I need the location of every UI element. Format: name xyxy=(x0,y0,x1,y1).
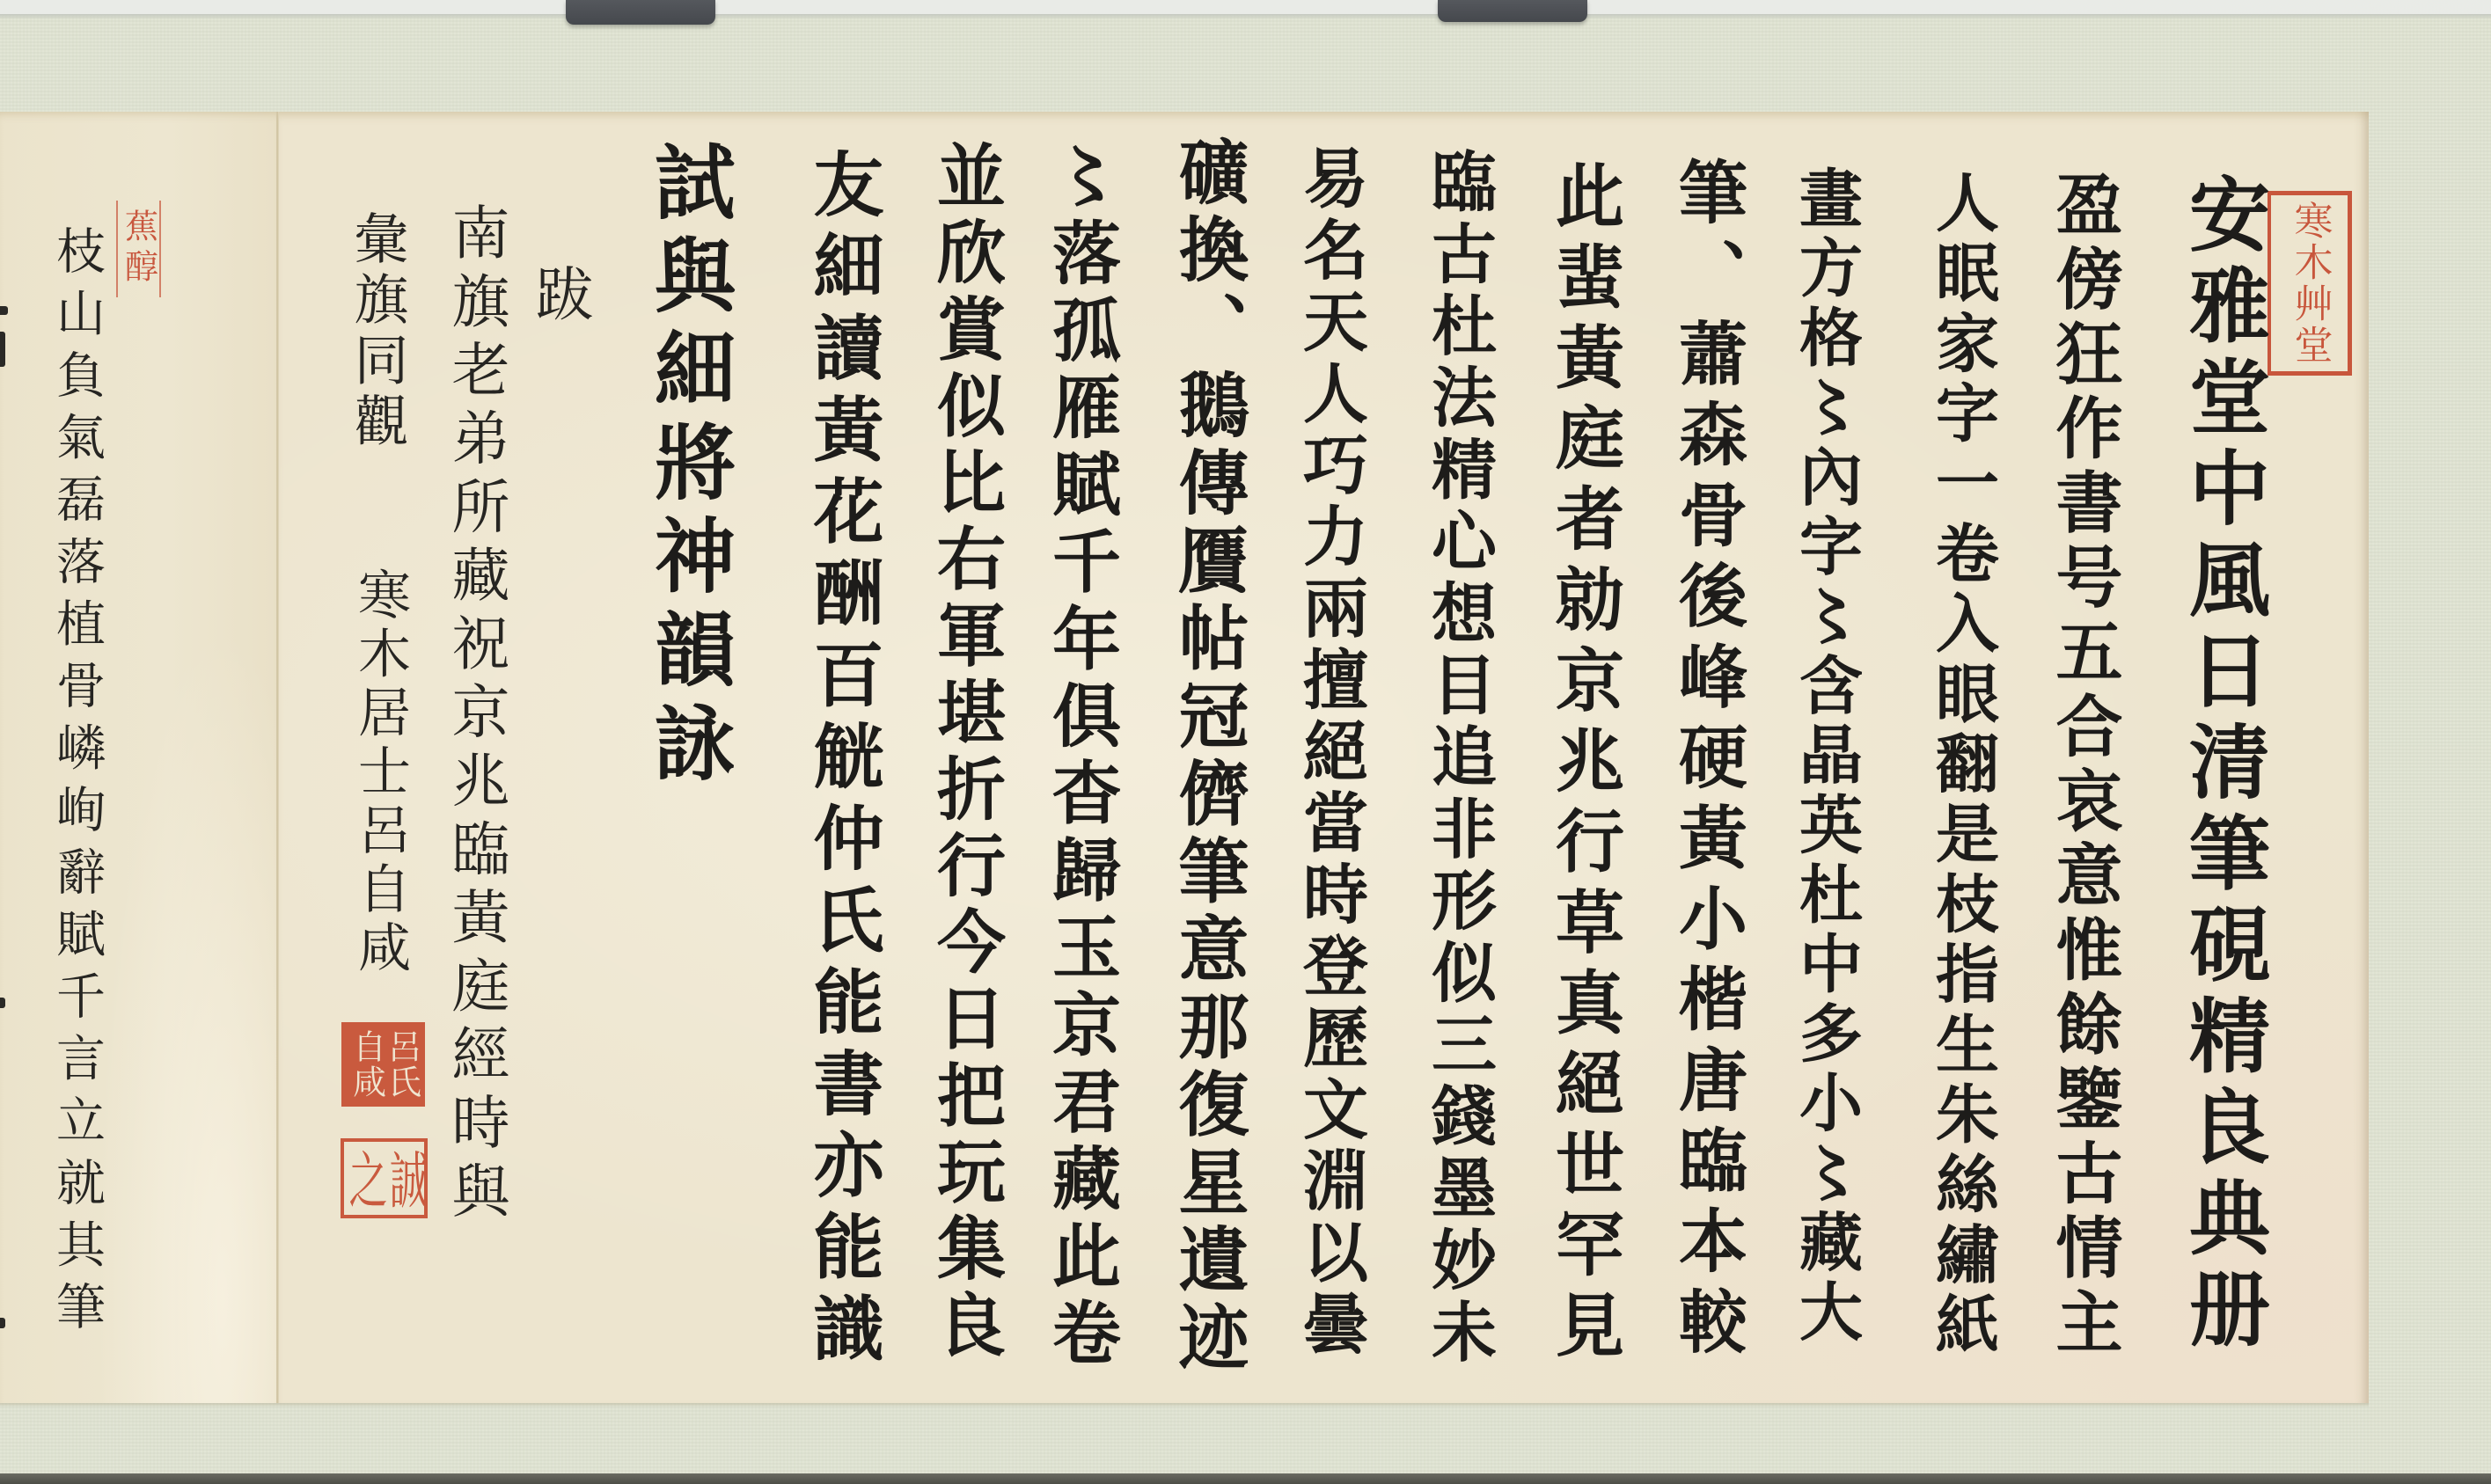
poem-column-1: 安雅堂中風日清筆硯精良典册 xyxy=(2183,172,2264,1358)
cropped-ink-stroke xyxy=(0,1318,5,1328)
poem-column-4: 畫方格〻內字〻含晶英杜中多小〻藏大 xyxy=(1794,165,1857,1349)
poem-column-2: 盈傍狂作書号五合哀意惟餘鑒古情主 xyxy=(2050,170,2117,1362)
seal-text: 蕉醇 xyxy=(122,208,156,289)
poem-column-8: 易名天人巧力兩擅絕當時登歷文淵以曇 xyxy=(1298,144,1363,1362)
collector-seal-left: 蕉醇 xyxy=(116,201,161,297)
seal-text: 誠之 xyxy=(343,1147,424,1209)
poem-column-10: 〻落孤雁賦千年俱杳歸玉京君藏此卷 xyxy=(1046,140,1115,1374)
colophon-mark: 跋 xyxy=(530,264,588,322)
cropped-ink-stroke xyxy=(0,998,5,1008)
paper-bottom-shadow xyxy=(0,1403,2369,1407)
bottom-edge-band xyxy=(0,1473,2491,1484)
cropped-ink-stroke xyxy=(0,332,5,367)
left-sheet-text-column: 枝山負氣磊落植骨嶙峋辭賦千言立就其筆 xyxy=(52,225,101,1343)
seal-text: 呂氏自咸 xyxy=(348,1029,419,1100)
signature-seal-1: 呂氏自咸 xyxy=(341,1022,425,1107)
main-paper-sheet: 寒木艸堂 安雅堂中風日清筆硯精良典册 盈傍狂作書号五合哀意惟餘鑒古情主 人眠家字… xyxy=(279,112,2369,1403)
seal-text: 寒木艸堂 xyxy=(2290,201,2329,366)
inscription-line-2: 彙旗同觀 xyxy=(349,210,404,453)
signature-seal-2: 誠之 xyxy=(341,1138,428,1218)
poem-column-5: 筆、蕭森骨後峰硬黃小楷唐臨本較 xyxy=(1673,157,1741,1367)
poem-column-13: 試與細將神韻詠 xyxy=(648,140,729,794)
poem-column-11: 並欣賞似比右軍堪折行今日把玩集良 xyxy=(931,140,1000,1366)
hanging-tab-right xyxy=(1438,0,1587,22)
poem-column-9: 礦換、鵝傳贋帖冠儕筆意那復星遺迹 xyxy=(1173,135,1243,1378)
poem-column-6: 此蜚黃庭者勍京兆行草真絕世罕見 xyxy=(1550,160,1618,1371)
inscription-line-1: 南旗老弟所藏祝京兆臨黃庭經時與 xyxy=(446,202,504,1229)
top-edge-shadow xyxy=(0,14,2491,19)
poem-column-12: 友細讀黃花酬百觥仲氏能書亦能識 xyxy=(808,148,878,1374)
signature: 寒木居士呂自咸 xyxy=(354,567,407,979)
cropped-ink-stroke xyxy=(0,306,8,315)
top-edge-strip xyxy=(0,0,2491,14)
leading-seal: 寒木艸堂 xyxy=(2268,191,2352,376)
left-paper-sheet: 蕉醇 枝山負氣磊落植骨嶙峋辭賦千言立就其筆 xyxy=(0,112,278,1403)
poem-column-7: 臨古杜法精心想目追非形似三錢墨妙未 xyxy=(1426,148,1491,1370)
poem-column-3: 人眠家字一卷入眼翻是枝指生朱絲繡紙 xyxy=(1931,170,1994,1362)
calligraphy-handscroll: 蕉醇 枝山負氣磊落植骨嶙峋辭賦千言立就其筆 寒木艸堂 安雅堂中風日清筆硯精良典册… xyxy=(0,0,2491,1484)
hanging-tab-left xyxy=(566,0,715,25)
